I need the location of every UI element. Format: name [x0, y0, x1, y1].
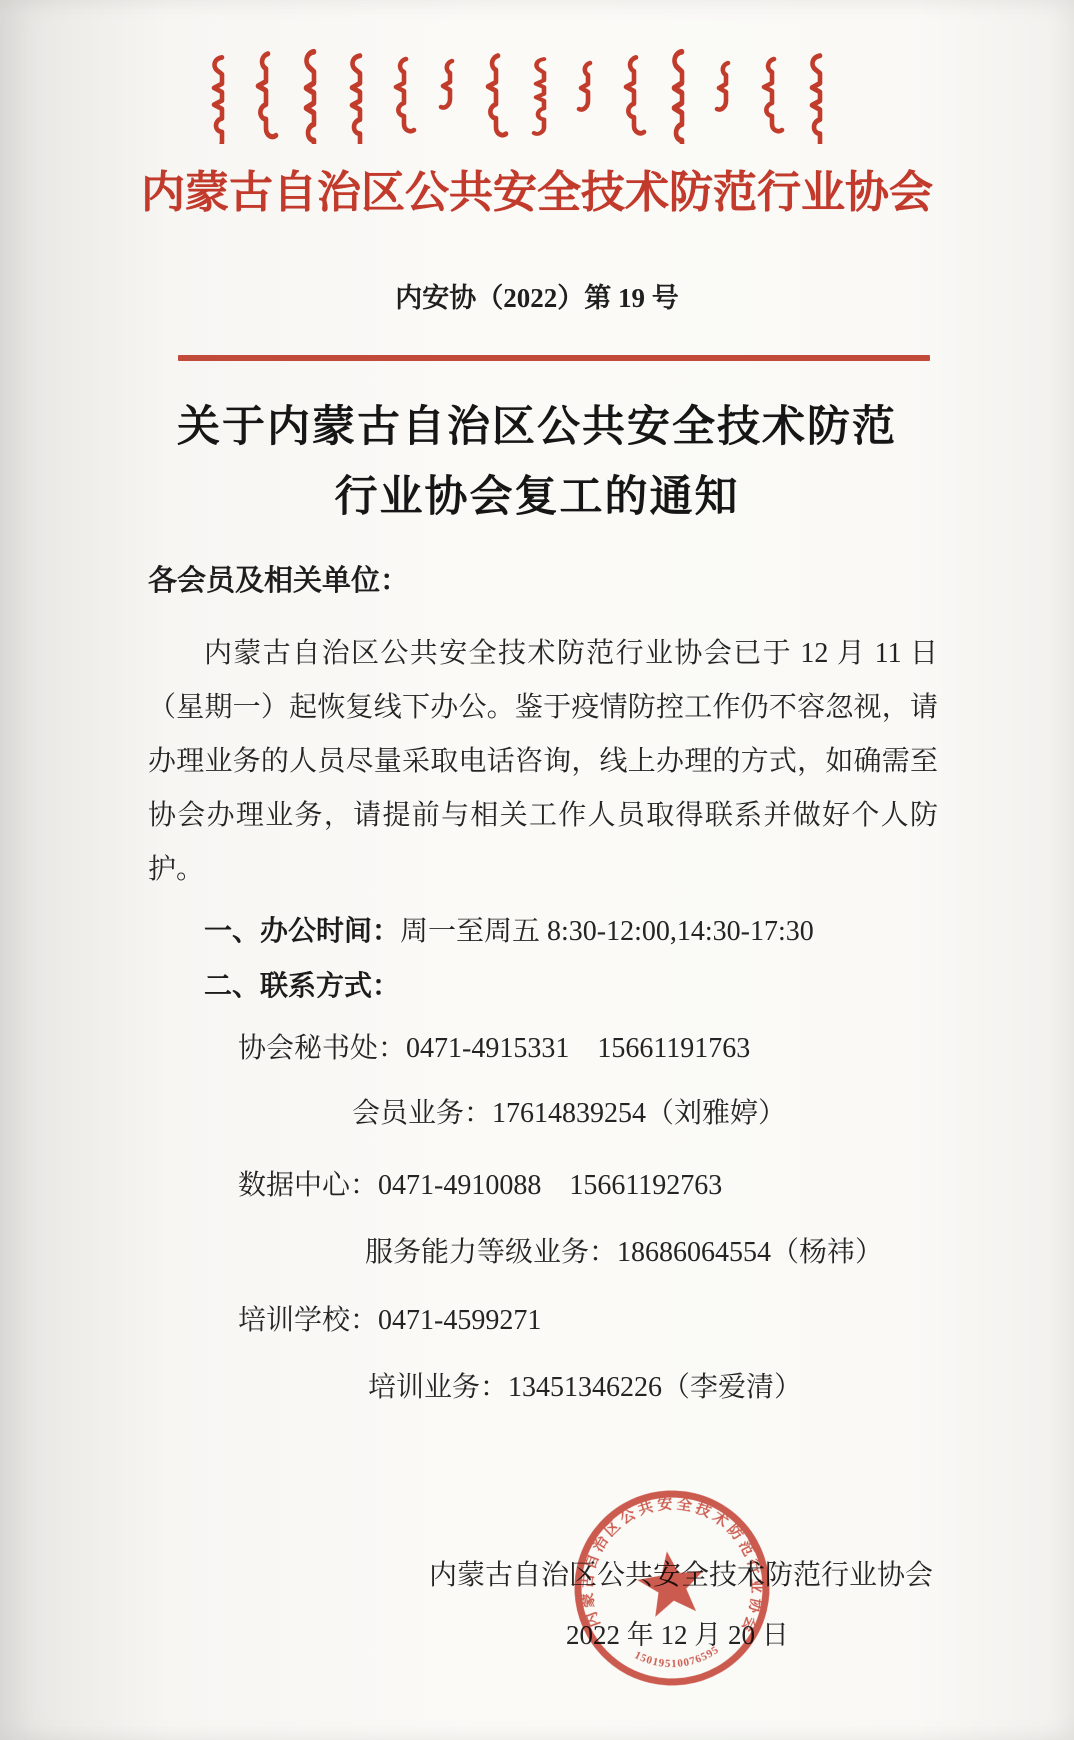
contact-secretariat: 协会秘书处：0471-4915331 15661191763 — [238, 1026, 750, 1066]
mongolian-script-banner-icon — [210, 48, 860, 144]
document-number: 内安协（2022）第 19 号 — [0, 276, 1074, 315]
official-notice-document: 内蒙古自治区公共安全技术防范行业协会 内安协（2022）第 19 号 关于内蒙古… — [0, 0, 1074, 1740]
contact-section-label-line: 二、联系方式： — [148, 964, 948, 1004]
seal-number: 15019510076595 — [631, 1638, 723, 1676]
office-hours-line: 一、办公时间：周一至周五 8:30-12:00,14:30-17:30 — [148, 909, 948, 949]
office-hours-label: 一、办公时间： — [204, 916, 400, 947]
contact-membership: 会员业务：17614839254（刘雅婷） — [352, 1091, 786, 1131]
contact-data-center: 数据中心：0471-4910088 15661192763 — [238, 1163, 722, 1203]
contact-section-label: 二、联系方式： — [204, 971, 400, 1002]
office-hours-value: 周一至周五 8:30-12:00,14:30-17:30 — [400, 916, 814, 947]
contact-training-school: 培训学校：0471-4599271 — [238, 1298, 541, 1338]
notice-title-line1: 关于内蒙古自治区公共安全技术防范 — [0, 393, 1074, 454]
letterhead-divider-rule — [178, 355, 930, 361]
body-paragraph: 内蒙古自治区公共安全技术防范行业协会已于 12 月 11 日（星期一）起恢复线下… — [148, 627, 938, 897]
contact-training-business: 培训业务：13451346226（李爱清） — [368, 1365, 802, 1405]
svg-text:15019510076595: 15019510076595 — [631, 1638, 723, 1676]
salutation: 各会员及相关单位： — [148, 558, 409, 599]
official-seal: 内蒙古自治区公共安全技术防范行业协会 15019510076595 — [546, 1462, 799, 1715]
letterhead-org-title: 内蒙古自治区公共安全技术防范行业协会 — [0, 156, 1074, 220]
contact-service-capability: 服务能力等级业务：18686064554（杨祎） — [365, 1230, 883, 1270]
notice-title-line2: 行业协会复工的通知 — [0, 463, 1074, 524]
star-icon — [634, 1547, 709, 1619]
